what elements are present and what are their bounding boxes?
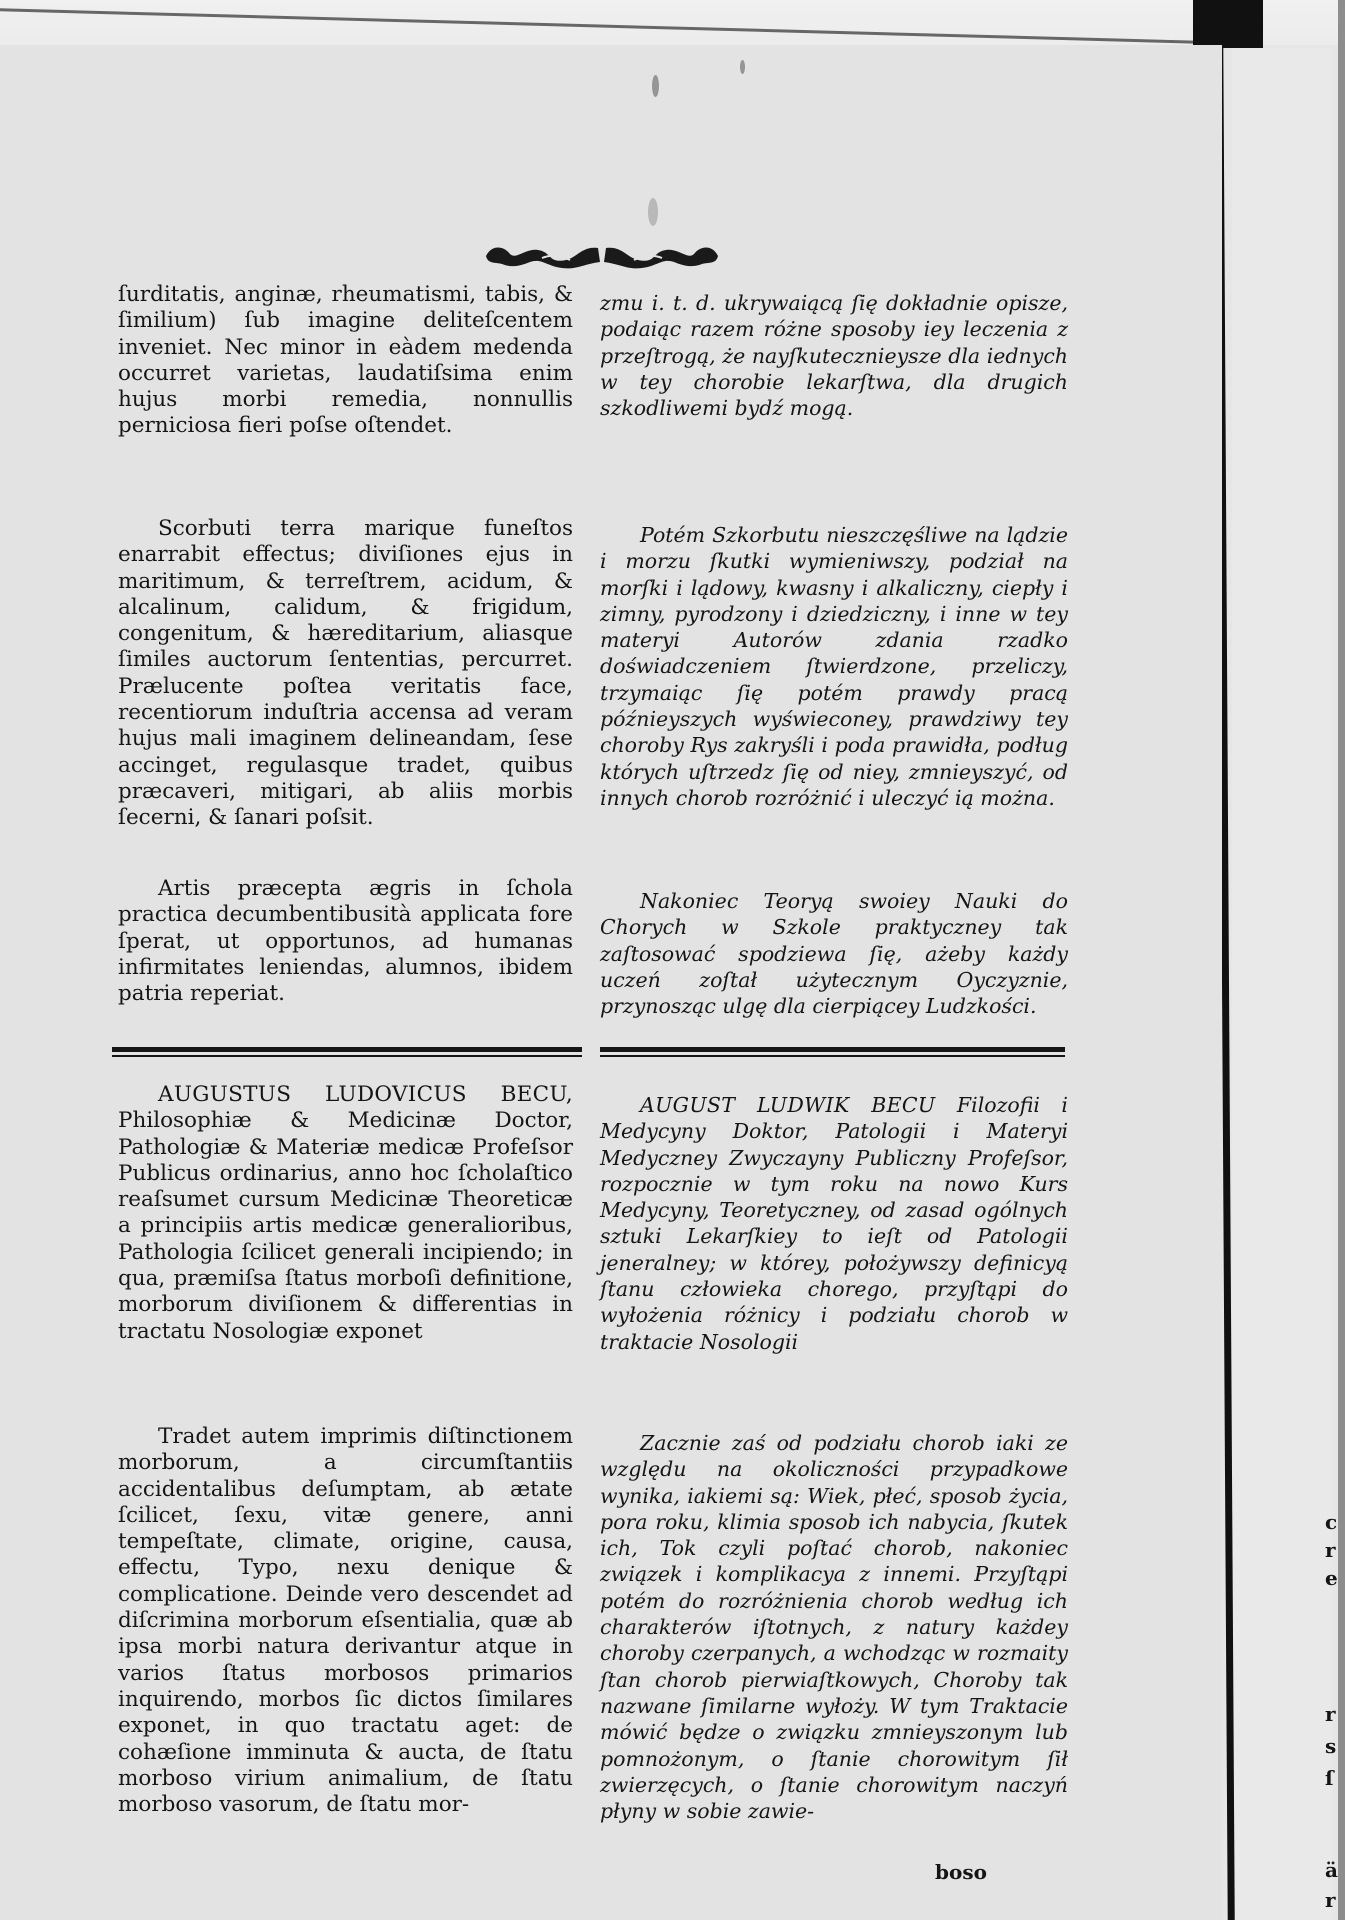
adjacent-page-letter: s [1325, 1734, 1336, 1758]
latin-column: Artis præcepta ægris in ſchola practica … [118, 876, 573, 1007]
catchword: boso [935, 1860, 987, 1884]
adjacent-page [1232, 48, 1332, 1920]
ink-speck [648, 198, 658, 226]
adjacent-page-letter: r [1325, 1888, 1336, 1912]
polish-paragraph-4-body: Filozofii i Medycyny Doktor, Patologii i… [600, 1093, 1068, 1354]
adjacent-page-letter: c [1325, 1510, 1337, 1534]
adjacent-page-letter: e [1325, 1566, 1338, 1590]
adjacent-page-letter: r [1325, 1702, 1336, 1726]
polish-column: zmu i. t. d. ukrywaiącą ſię dokładnie op… [600, 290, 1068, 421]
scan-right-edge [1338, 0, 1345, 1920]
polish-column: Nakoniec Teoryą swoiey Nauki do Chorych … [600, 888, 1068, 1019]
professor-name-latin: AUGUSTUS LUDOVICUS BECU, [158, 1082, 573, 1107]
ink-speck [652, 75, 659, 97]
latin-column: ſurditatis, anginæ, rheumatismi, tabis, … [118, 282, 573, 440]
section-divider-rule [600, 1047, 1065, 1057]
polish-paragraph-2: Potém Szkorbutu nieszczęśliwe na lądzie … [600, 522, 1068, 811]
scan-binding-shadow [1193, 0, 1263, 48]
latin-column: AUGUSTUS LUDOVICUS BECU, Philosophiæ & M… [118, 1082, 573, 1345]
latin-paragraph-4-body: Philosophiæ & Medicinæ Doctor, Pathologi… [118, 1108, 573, 1343]
section-divider-rule [112, 1047, 582, 1057]
polish-column: AUGUST LUDWIK BECU Filozofii i Medycyny … [600, 1092, 1068, 1355]
latin-column: Tradet autem imprimis diſtinctionem morb… [118, 1424, 573, 1818]
adjacent-page-letter: ä [1325, 1858, 1338, 1882]
professor-name-polish: AUGUST LUDWIK BECU [640, 1093, 935, 1117]
polish-column: Zacznie zaś od podziału chorob iaki ze w… [600, 1430, 1068, 1824]
polish-paragraph-1: zmu i. t. d. ukrywaiącą ſię dokładnie op… [600, 290, 1068, 421]
latin-paragraph-2: Scorbuti terra marique funeſtos enarrabi… [118, 516, 573, 832]
adjacent-page-letter: ſ [1325, 1766, 1334, 1790]
latin-paragraph-1: ſurditatis, anginæ, rheumatismi, tabis, … [118, 282, 573, 440]
latin-paragraph-5: Tradet autem imprimis diſtinctionem morb… [118, 1424, 573, 1818]
latin-paragraph-4: AUGUSTUS LUDOVICUS BECU, Philosophiæ & M… [118, 1082, 573, 1345]
polish-column: Potém Szkorbutu nieszczęśliwe na lądzie … [600, 522, 1068, 811]
fleuron-ornament-icon [482, 240, 722, 272]
adjacent-page-letter: r [1325, 1538, 1336, 1562]
polish-paragraph-4: AUGUST LUDWIK BECU Filozofii i Medycyny … [600, 1092, 1068, 1355]
latin-column: Scorbuti terra marique funeſtos enarrabi… [118, 516, 573, 832]
polish-paragraph-5: Zacznie zaś od podziału chorob iaki ze w… [600, 1430, 1068, 1824]
polish-paragraph-3: Nakoniec Teoryą swoiey Nauki do Chorych … [600, 888, 1068, 1019]
ink-speck [740, 60, 745, 74]
latin-paragraph-3: Artis præcepta ægris in ſchola practica … [118, 876, 573, 1007]
